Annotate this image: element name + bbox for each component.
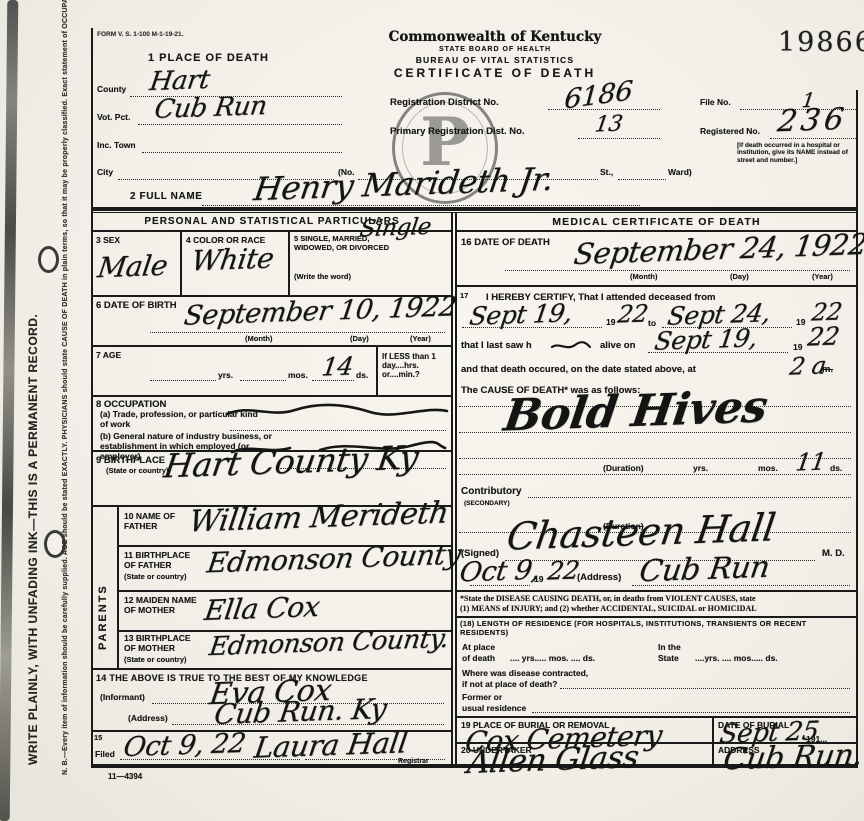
mother-birthplace-sub: (State or country) [124, 655, 187, 664]
undertaker-address-value: Cub Run. [721, 738, 864, 778]
commonwealth-title: Commonwealth of Kentucky [340, 29, 650, 45]
former-label-2: usual residence [462, 703, 526, 713]
date-of-birth-value: September 10, 1922 [182, 291, 458, 331]
full-name-value: Henry Marideth Jr. [251, 160, 555, 208]
city-st-line [618, 177, 666, 180]
city-label: City [97, 167, 113, 177]
informant-address-label: (Address) [128, 713, 168, 723]
contracted-label-2: if not at place of death? [462, 679, 557, 689]
attended-from-year-printed: 19 [606, 317, 615, 327]
informant-address-value: Cub Run. Ky [212, 692, 388, 731]
cause-footnote-line2: (1) MEANS of INJURY; and (2) whether ACC… [460, 604, 757, 613]
age-days-value: 14 [320, 351, 355, 381]
last-saw-year-value: 22 [806, 321, 841, 351]
city-st-label: St., [600, 167, 613, 177]
age-ds-label: ds. [356, 370, 368, 380]
age-label: 7 AGE [96, 350, 121, 360]
sex-label: 3 SEX [96, 235, 120, 245]
contributory-line [528, 495, 851, 498]
duration-mos-label: mos. [758, 463, 778, 473]
signed-year-printed: 19 [534, 574, 543, 584]
duration-days-value: 11 [794, 447, 828, 476]
margin-small-instruction: N. B.—Every item of information should b… [62, 55, 69, 775]
vot-pct-value: Cub Run [153, 91, 269, 125]
sex-cell-divider [180, 230, 182, 295]
county-label: County [97, 84, 126, 94]
date-of-death-label: 16 DATE OF DEATH [461, 237, 550, 248]
residence-label: (18) LENGTH OF RESIDENCE (FOR HOSPITALS,… [460, 620, 850, 637]
last-saw-value: Sept 19, [653, 323, 759, 356]
former-residence-line [532, 710, 850, 713]
father-name-label: 10 NAME OF FATHER [124, 512, 184, 532]
age-less-note: If LESS than 1 day....hrs. or....min.? [382, 352, 450, 380]
father-birthplace-value: Edmonson County [205, 538, 463, 580]
form-code: FORM V. S. 1-100 M-1-19-21. [97, 31, 183, 38]
age-mos-label: mos. [288, 370, 308, 380]
undertaker-value: Allen Glass [465, 739, 641, 781]
filed-num: 15 [94, 733, 102, 742]
dob-month-caption: (Month) [245, 334, 272, 343]
birthplace-sub-label: (State or country) [106, 466, 169, 475]
full-name-label: 2 FULL NAME [130, 191, 203, 202]
inc-town-label: Inc. Town [97, 140, 136, 150]
left-border [91, 28, 93, 768]
dob-year-caption: (Year) [410, 334, 431, 343]
date-of-birth-label: 6 DATE OF BIRTH [96, 300, 177, 311]
death-certificate-scan: WRITE PLAINLY, WITH UNFADING INK—THIS IS… [0, 0, 864, 821]
county-value: Hart [148, 65, 212, 97]
signed-address-label: (Address) [577, 572, 621, 583]
header-divider-thin [91, 212, 858, 213]
age-bottom-rule [91, 395, 452, 397]
state-board-subtitle: STATE BOARD OF HEALTH [340, 46, 650, 53]
header-divider-heavy [91, 207, 858, 211]
alive-on-text: alive on [600, 340, 635, 351]
duration-yrs-label: yrs. [693, 463, 708, 473]
secondary-label: (SECONDARY) [464, 500, 510, 507]
in-the-label: In the [658, 642, 681, 652]
marital-value: Single [358, 214, 433, 242]
age-yrs-label: yrs. [218, 370, 233, 380]
dod-year-caption: (Year) [812, 272, 833, 281]
medical-section-title: MEDICAL CERTIFICATE OF DEATH [457, 216, 856, 228]
city-ward-label: Ward) [668, 167, 692, 177]
certificate-of-death-title: CERTIFICATE OF DEATH [340, 66, 650, 80]
marital-sub-label: (Write the word) [294, 272, 351, 281]
former-label-1: Former or [462, 692, 502, 702]
father-name-value: William Merideth [187, 496, 451, 540]
registrar-label: Registrar [398, 758, 429, 765]
bottom-form-code: 11—4394 [108, 772, 142, 781]
residence-top-rule [457, 616, 856, 618]
last-saw-year-printed: 19 [793, 342, 802, 352]
duration-ds-label: ds. [830, 463, 842, 473]
primary-registration-value: 13 [593, 112, 624, 138]
md-label: M. D. [822, 548, 845, 559]
color-cell-divider [288, 230, 290, 295]
registered-no-value: 236 [775, 102, 850, 139]
filed-label: Filed [95, 749, 115, 759]
mother-birthplace-label: 13 BIRTHPLACE OF MOTHER [124, 634, 194, 654]
at-place-dots: .... yrs..... mos. .... ds. [510, 653, 595, 663]
undertaker-cell-divider [712, 742, 714, 766]
duration-line [459, 472, 851, 475]
parents-vertical-label: PARENTS [97, 530, 109, 650]
dod-bottom-rule [457, 285, 856, 287]
signed-date-line [470, 583, 530, 586]
registered-no-label: Registered No. [700, 126, 760, 136]
parents-inner-divider [117, 505, 119, 668]
filed-date-value: Oct 9, 22 [121, 728, 247, 763]
parents-bottom-rule [91, 668, 452, 670]
dod-line [505, 268, 850, 271]
signed-address-line [632, 583, 850, 586]
occupation-strike-squiggle-a [225, 402, 450, 420]
registration-district-label: Registration District No. [390, 97, 499, 108]
hospital-note: [If death occurred in a hospital or inst… [737, 142, 857, 164]
dod-day-caption: (Day) [730, 272, 749, 281]
contracted-line [560, 686, 850, 689]
vot-pct-label: Vot. Pct. [97, 112, 130, 122]
last-saw-text: that I last saw h [461, 340, 532, 351]
certificate-number: 19866 [778, 27, 864, 58]
inc-town-line [142, 150, 342, 153]
margin-bold-instruction: WRITE PLAINLY, WITH UNFADING INK—THIS IS… [26, 70, 40, 765]
age-mos-line [240, 378, 286, 381]
sex-value: Male [95, 249, 169, 284]
footnote-top-rule [457, 590, 856, 592]
age-subbox-divider [376, 345, 378, 395]
state-label: State [658, 653, 679, 663]
birthplace-value: Hart County Ky [162, 438, 421, 486]
dob-day-caption: (Day) [350, 334, 369, 343]
file-no-label: File No. [700, 97, 731, 107]
bureau-subtitle: BUREAU OF VITAL STATISTICS [340, 55, 650, 65]
age-yrs-line [150, 378, 216, 381]
pronoun-strike-squiggle [551, 340, 591, 352]
attended-to-year-printed: 19 [796, 317, 805, 327]
dod-month-caption: (Month) [630, 272, 657, 281]
attended-from-year-value: 22 [616, 299, 650, 328]
father-birthplace-label: 11 BIRTHPLACE OF FATHER [124, 551, 194, 571]
birthplace-label: 9 BIRTHPLACE [96, 455, 165, 466]
color-race-value: White [189, 242, 275, 278]
at-place-label: At place [462, 642, 495, 652]
mother-name-value: Ella Cox [202, 590, 321, 627]
contracted-label-1: Where was disease contracted, [462, 668, 588, 678]
certify-num: 17 [460, 291, 468, 300]
contributory-label: Contributory [461, 486, 522, 497]
attended-from-value: Sept 19, [468, 298, 574, 331]
informant-label: (Informant) [100, 692, 145, 702]
cause-line-3 [459, 456, 851, 459]
scan-edge-streak [0, 0, 18, 821]
death-occurred-text: and that death occured, on the date stat… [461, 364, 696, 375]
death-time-suffix: m. [822, 364, 833, 375]
dob-bottom-rule [91, 345, 452, 347]
cause-of-death-value: Bold Hives [501, 381, 771, 441]
right-border [856, 90, 858, 768]
date-of-death-value: September 24, 1922 [572, 227, 864, 271]
signed-year-value: 22 [546, 555, 581, 585]
mother-name-label: 12 MAIDEN NAME OF MOTHER [124, 596, 204, 616]
father-birthplace-sub: (State or country) [124, 572, 187, 581]
place-of-death-label: 1 PLACE OF DEATH [148, 52, 269, 64]
primary-registration-label: Primary Registration Dist. No. [390, 126, 525, 137]
cause-footnote-line1: *State the DISEASE CAUSING DEATH, or, in… [460, 594, 756, 603]
in-state-dots: ....yrs. .... mos..... ds. [695, 653, 778, 663]
of-death-label: of death [462, 653, 495, 663]
punch-hole-top [38, 246, 59, 273]
to-label: to [648, 318, 656, 328]
